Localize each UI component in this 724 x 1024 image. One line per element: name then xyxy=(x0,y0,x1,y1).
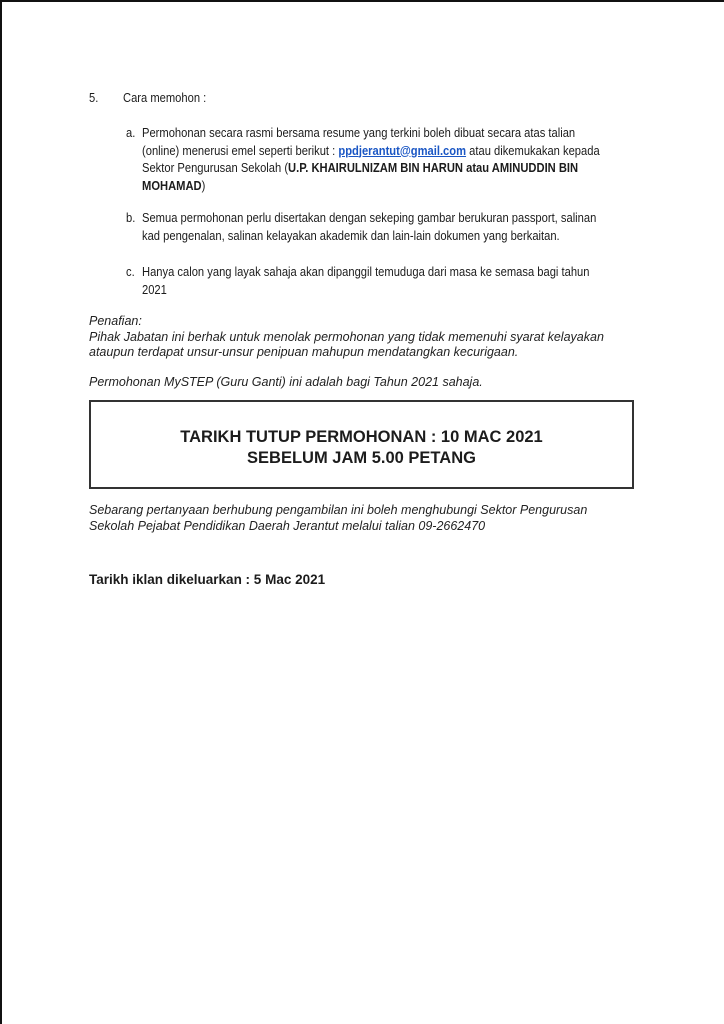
contact-names: U.P. KHAIRULNIZAM BIN HARUN atau AMINUDD… xyxy=(288,160,578,175)
item-a-text: ) xyxy=(202,178,206,193)
mystep-note-text: Permohonan MySTEP (Guru Ganti) ini adala… xyxy=(89,375,483,391)
item-a-line-4: MOHAMAD) xyxy=(142,177,624,195)
inquiry-note: Sebarang pertanyaan berhubung pengambila… xyxy=(89,503,587,534)
item-a-text: Sektor Pengurusan Sekolah ( xyxy=(142,160,288,175)
disclaimer-line-1: Pihak Jabatan ini berhak untuk menolak p… xyxy=(89,330,604,346)
mystep-note: Permohonan MySTEP (Guru Ganti) ini adala… xyxy=(89,375,483,391)
item-c-line-2: 2021 xyxy=(142,281,624,299)
section-number: 5. xyxy=(89,90,98,105)
item-a-line-2: (online) menerusi emel seperti berikut :… xyxy=(142,142,624,160)
item-b-line-2: kad pengenalan, salinan kelayakan akadem… xyxy=(142,227,624,245)
email-link[interactable]: ppdjerantut@gmail.com xyxy=(338,143,466,158)
contact-names-cont: MOHAMAD xyxy=(142,178,202,193)
item-a-text: (online) menerusi emel seperti berikut : xyxy=(142,143,338,158)
item-a-text: atau dikemukakan kepada xyxy=(466,143,600,158)
disclaimer: Penafian: Pihak Jabatan ini berhak untuk… xyxy=(89,314,604,361)
item-a-line-1: Permohonan secara rasmi bersama resume y… xyxy=(142,124,624,142)
deadline-date: TARIKH TUTUP PERMOHONAN : 10 MAC 2021 xyxy=(91,427,632,448)
item-a-line-3: Sektor Pengurusan Sekolah (U.P. KHAIRULN… xyxy=(142,159,624,177)
item-b-line-1: Semua permohonan perlu disertakan dengan… xyxy=(142,209,624,227)
disclaimer-heading: Penafian: xyxy=(89,314,604,330)
deadline-box: TARIKH TUTUP PERMOHONAN : 10 MAC 2021 SE… xyxy=(89,400,634,489)
item-c-line-1: Hanya calon yang layak sahaja akan dipan… xyxy=(142,263,624,281)
list-marker: a. xyxy=(126,124,135,142)
deadline-time: SEBELUM JAM 5.00 PETANG xyxy=(91,448,632,469)
disclaimer-line-2: ataupun terdapat unsur-unsur penipuan ma… xyxy=(89,345,604,361)
inquiry-line-1: Sebarang pertanyaan berhubung pengambila… xyxy=(89,503,587,519)
list-marker: b. xyxy=(126,209,135,227)
list-marker: c. xyxy=(126,263,135,281)
issue-date: Tarikh iklan dikeluarkan : 5 Mac 2021 xyxy=(89,572,325,587)
inquiry-line-2: Sekolah Pejabat Pendidikan Daerah Jerant… xyxy=(89,519,587,535)
section-title: Cara memohon : xyxy=(123,90,206,105)
